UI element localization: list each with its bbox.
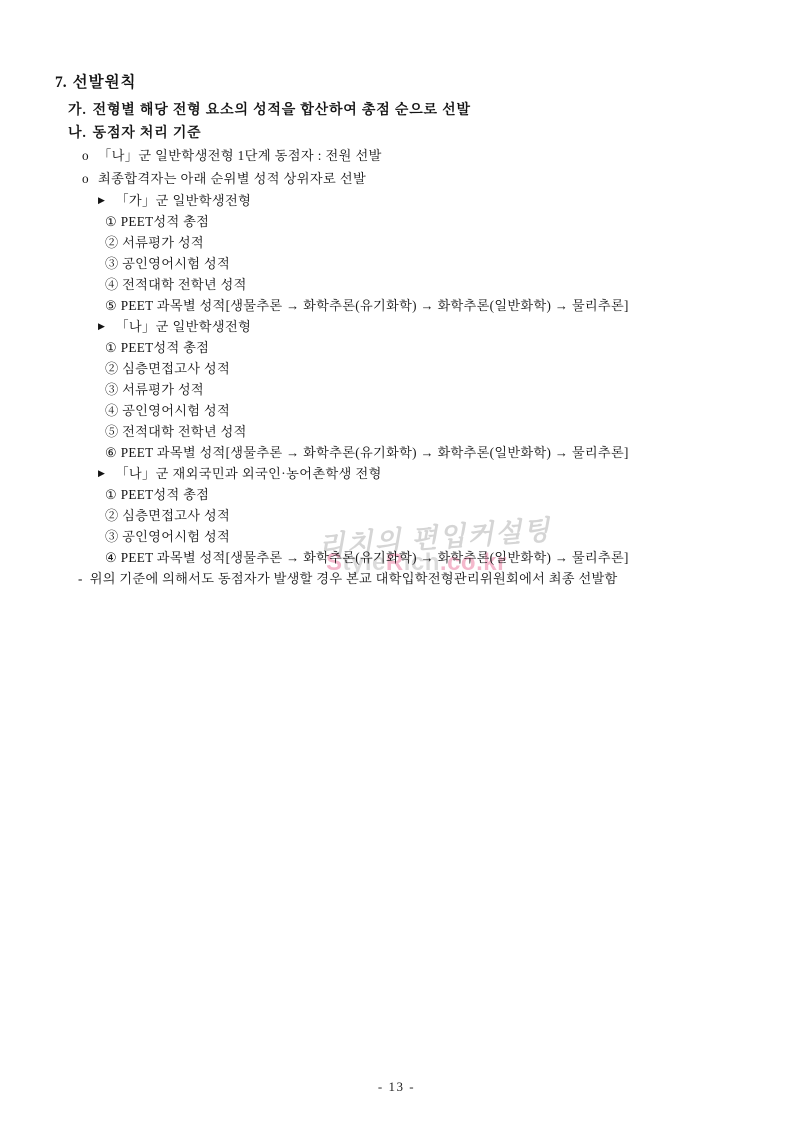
document-content: 7.선발원칙 가.전형별 해당 전형 요소의 성적을 합산하여 총점 순으로 선… (55, 72, 765, 589)
list-item: ④ PEET 과목별 성적[생물추론 → 화학추론(유기화학) → 화학추론(일… (105, 547, 765, 568)
sub-heading-na: 나.동점자 처리 기준 (68, 122, 765, 145)
group-header-na-overseas: ▶「나」군 재외국민과 외국인·농어촌학생 전형 (98, 463, 765, 484)
group-header-text: 「나」군 재외국민과 외국인·농어촌학생 전형 (115, 466, 381, 481)
sub-heading-label: 가. (68, 103, 87, 118)
bullet-text: 최종합격자는 아래 순위별 성적 상위자로 선발 (98, 171, 366, 186)
sub-heading-ga: 가.전형별 해당 전형 요소의 성적을 합산하여 총점 순으로 선발 (68, 99, 765, 122)
list-item: ① PEET성적 총점 (105, 211, 765, 232)
section-heading: 7.선발원칙 (55, 72, 765, 94)
section-number: 7. (55, 74, 67, 91)
section-title: 선발원칙 (73, 74, 137, 91)
list-item: ② 심층면접고사 성적 (105, 505, 765, 526)
list-item: ⑤ 전적대학 전학년 성적 (105, 421, 765, 442)
list-item: ③ 서류평가 성적 (105, 379, 765, 400)
footnote-text: 위의 기준에 의해서도 동점자가 발생할 경우 본교 대학입학전형관리위원회에서… (90, 571, 618, 586)
footnote-line: -위의 기준에 의해서도 동점자가 발생할 경우 본교 대학입학전형관리위원회에… (78, 568, 765, 589)
sub-heading-text: 동점자 처리 기준 (93, 126, 202, 141)
list-item: ① PEET성적 총점 (105, 337, 765, 358)
group-header-text: 「나」군 일반학생전형 (115, 319, 251, 334)
arrow-icon: ▶ (98, 195, 105, 205)
group-header-na-general: ▶「나」군 일반학생전형 (98, 316, 765, 337)
document-page: 리치의 편입커설팅 StyleRich.co.kr 7.선발원칙 가.전형별 해… (0, 0, 793, 1121)
sub-heading-label: 나. (68, 126, 87, 141)
group-header-ga-general: ▶「가」군 일반학생전형 (98, 190, 765, 211)
page-number: - 13 - (0, 1079, 793, 1095)
list-item: ③ 공인영어시험 성적 (105, 253, 765, 274)
list-item: ⑤ PEET 과목별 성적[생물추론 → 화학추론(유기화학) → 화학추론(일… (105, 295, 765, 316)
list-item: ④ 공인영어시험 성적 (105, 400, 765, 421)
list-item: ④ 전적대학 전학년 성적 (105, 274, 765, 295)
list-item: ⑥ PEET 과목별 성적[생물추론 → 화학추론(유기화학) → 화학추론(일… (105, 442, 765, 463)
group-header-text: 「가」군 일반학생전형 (115, 193, 251, 208)
sub-heading-text: 전형별 해당 전형 요소의 성적을 합산하여 총점 순으로 선발 (93, 103, 471, 118)
bullet-marker: o (82, 171, 89, 186)
bullet-line: o「나」군 일반학생전형 1단계 동점자 : 전원 선발 (82, 145, 765, 168)
list-item: ① PEET성적 총점 (105, 484, 765, 505)
bullet-line: o최종합격자는 아래 순위별 성적 상위자로 선발 (82, 168, 765, 191)
bullet-text: 「나」군 일반학생전형 1단계 동점자 : 전원 선발 (98, 148, 382, 163)
list-item: ② 심층면접고사 성적 (105, 358, 765, 379)
bullet-marker: o (82, 148, 89, 163)
list-item: ② 서류평가 성적 (105, 232, 765, 253)
list-item: ③ 공인영어시험 성적 (105, 526, 765, 547)
arrow-icon: ▶ (98, 468, 105, 478)
dash-marker: - (78, 571, 83, 586)
arrow-icon: ▶ (98, 321, 105, 331)
